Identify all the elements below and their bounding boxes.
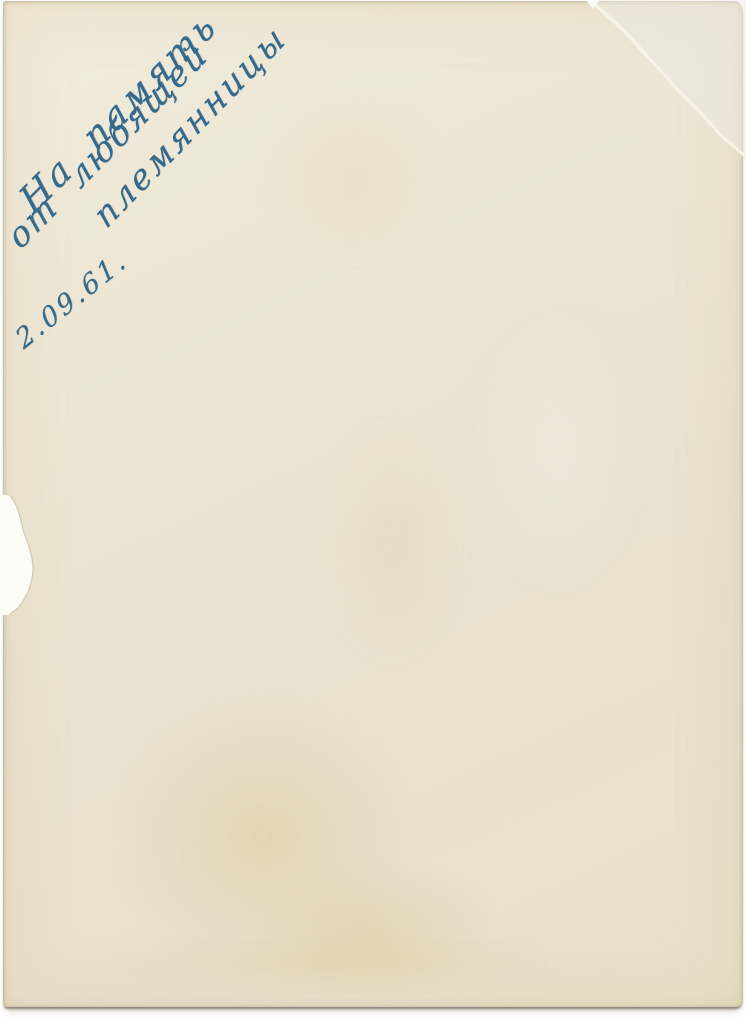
inscription-date: 2.09.61. xyxy=(11,244,133,356)
handwritten-inscription: На память от любящей племянницы 2.09.61. xyxy=(3,1,743,1007)
photo-paper: На память от любящей племянницы 2.09.61. xyxy=(3,1,743,1007)
scanned-photo-back: На память от любящей племянницы 2.09.61. xyxy=(0,0,746,1024)
